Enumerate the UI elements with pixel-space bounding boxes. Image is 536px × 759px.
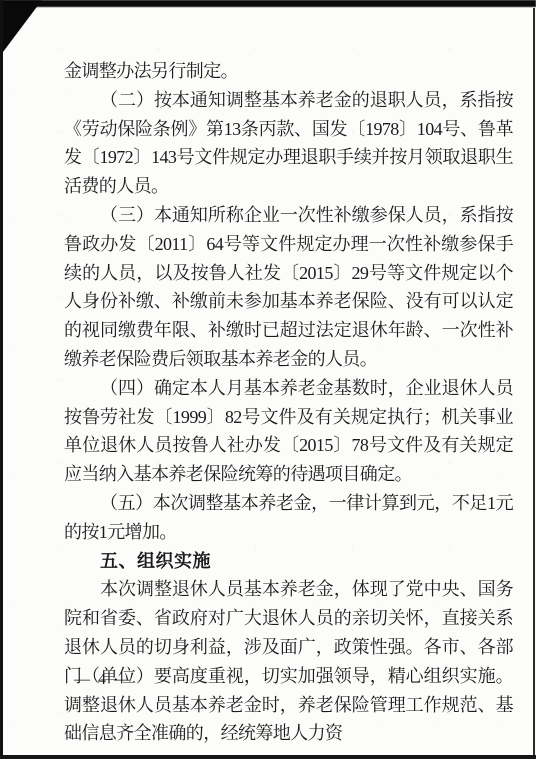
page-number: — 4 —	[74, 671, 132, 689]
paragraph-item-5: （五）本次调整基本养老金，一律计算到元，不足1元的按1元增加。	[64, 489, 513, 547]
scan-edge-left-line	[0, 0, 3, 759]
paragraph-item-2: （二）按本通知调整基本养老金的退职人员，系指按《劳动保险条例》第13条丙款、国发…	[64, 86, 513, 201]
scanned-document-page: 金调整办法另行制定。 （二）按本通知调整基本养老金的退职人员，系指按《劳动保险条…	[0, 0, 536, 759]
scan-edge-right-line	[533, 8, 535, 759]
scan-edge-bottom-line	[0, 755, 536, 759]
scan-edge-top-bar	[0, 0, 536, 7]
paragraph-continuation: 金调整办法另行制定。	[64, 57, 513, 86]
scan-corner-fold-artifact	[0, 0, 42, 56]
paragraph-implementation: 本次调整退休人员基本养老金，体现了党中央、国务院和省委、省政府对广大退休人员的亲…	[64, 575, 513, 748]
paragraph-item-3: （三）本通知所称企业一次性补缴参保人员，系指按鲁政办发〔2011〕64号等文件规…	[64, 201, 513, 374]
section-heading-organization: 五、组织实施	[64, 547, 513, 576]
paragraph-item-4: （四）确定本人月基本养老金基数时，企业退休人员按鲁劳社发〔1999〕82号文件及…	[64, 374, 513, 489]
document-body: 金调整办法另行制定。 （二）按本通知调整基本养老金的退职人员，系指按《劳动保险条…	[64, 57, 513, 748]
